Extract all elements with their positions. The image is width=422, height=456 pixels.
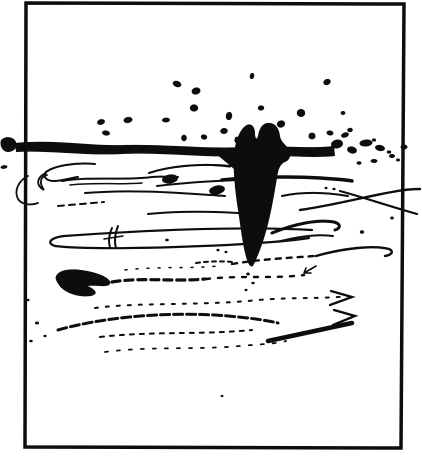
ink-splash-dot [123,116,133,123]
ink-splash-dot [340,131,349,138]
right-mid-line [282,193,348,196]
frame-border [25,3,404,448]
ink-splash-dot [245,289,248,291]
ink-splash-dot [165,239,169,242]
ink-splash-dot [216,249,219,252]
ink-splash-dot [297,109,305,117]
ink-splash-dot [371,159,378,163]
ink-splash-dot [161,173,178,184]
row0-hook [316,247,392,256]
lens-top-echo [160,165,230,170]
ink-splash-dot [251,282,254,285]
ink-splash-dot [360,230,364,234]
ink-splash-dot [372,138,376,141]
ink-splash-dot [390,217,394,220]
drybrush-speckle [125,266,218,270]
ink-splash-dot [200,134,208,141]
ink-splash-dot [246,273,250,276]
ink-splash-dot [326,130,334,136]
ink-splash-dot [27,299,30,301]
scribble-line-a [62,177,178,181]
ink-splash-dot [346,145,357,154]
ink-splash-dot [258,105,265,111]
ink-splash-dot [181,135,187,141]
small-arrow-mark [304,266,316,273]
ink-splash-dot [225,251,228,253]
ink-splash-dot [172,80,183,89]
ink-splash-dot [341,111,346,115]
row3-diagonal [268,323,352,341]
arrow-stroke-a [272,221,339,233]
ink-splash-dot [322,78,331,87]
ink-splash-dot [249,72,255,79]
ink-splash-dot [221,395,224,397]
ink-splash-dot [359,139,373,147]
dashed-line-left [58,202,104,206]
ink-splash-dot [0,165,8,170]
ink-splash-dot [29,340,33,343]
ink-splash-dot [102,130,111,137]
ink-splash-dot [43,335,46,337]
squiggle-hook [38,173,47,190]
ink-splash-dot [332,188,335,190]
drybrush-blob [56,269,111,296]
ink-splash-dot [162,117,170,122]
ink-splash-dot [387,150,391,153]
row4-dashes [105,341,286,352]
ink-sketch-page [0,0,422,456]
mid-line-left [85,191,225,196]
ink-splash-dot [325,187,328,189]
row2-dotted [95,296,348,308]
ink-splash-dot [396,159,400,162]
ink-splash-dot [191,86,202,95]
ink-drawing [0,0,422,456]
ink-splash-dot [357,161,362,165]
ink-splash-dot [276,119,286,129]
ink-splash-dot [389,154,395,158]
chevron-a [330,291,352,305]
drybrush-tail [112,279,205,282]
ink-splash-dot [347,127,353,132]
row3-arc [58,314,278,330]
hash-mark-cross [104,236,123,239]
ink-splash-dot [234,137,239,144]
ink-splash-dot [401,145,408,150]
tip-dashes [196,261,232,263]
ink-splash-dot [190,104,198,111]
row0-dashes [232,256,314,264]
ink-splash-dot [225,111,233,120]
row3-under-dashes [100,330,252,337]
ink-splash-dot [220,127,229,134]
ink-splash-dot [375,144,386,152]
band-left-blob [0,137,16,152]
ink-splash-dot [308,133,315,140]
drybrush-tail-2 [206,275,304,279]
ink-splash-dot [96,118,105,125]
scribble-line-b [70,183,142,185]
ink-splash-dot [35,322,39,325]
